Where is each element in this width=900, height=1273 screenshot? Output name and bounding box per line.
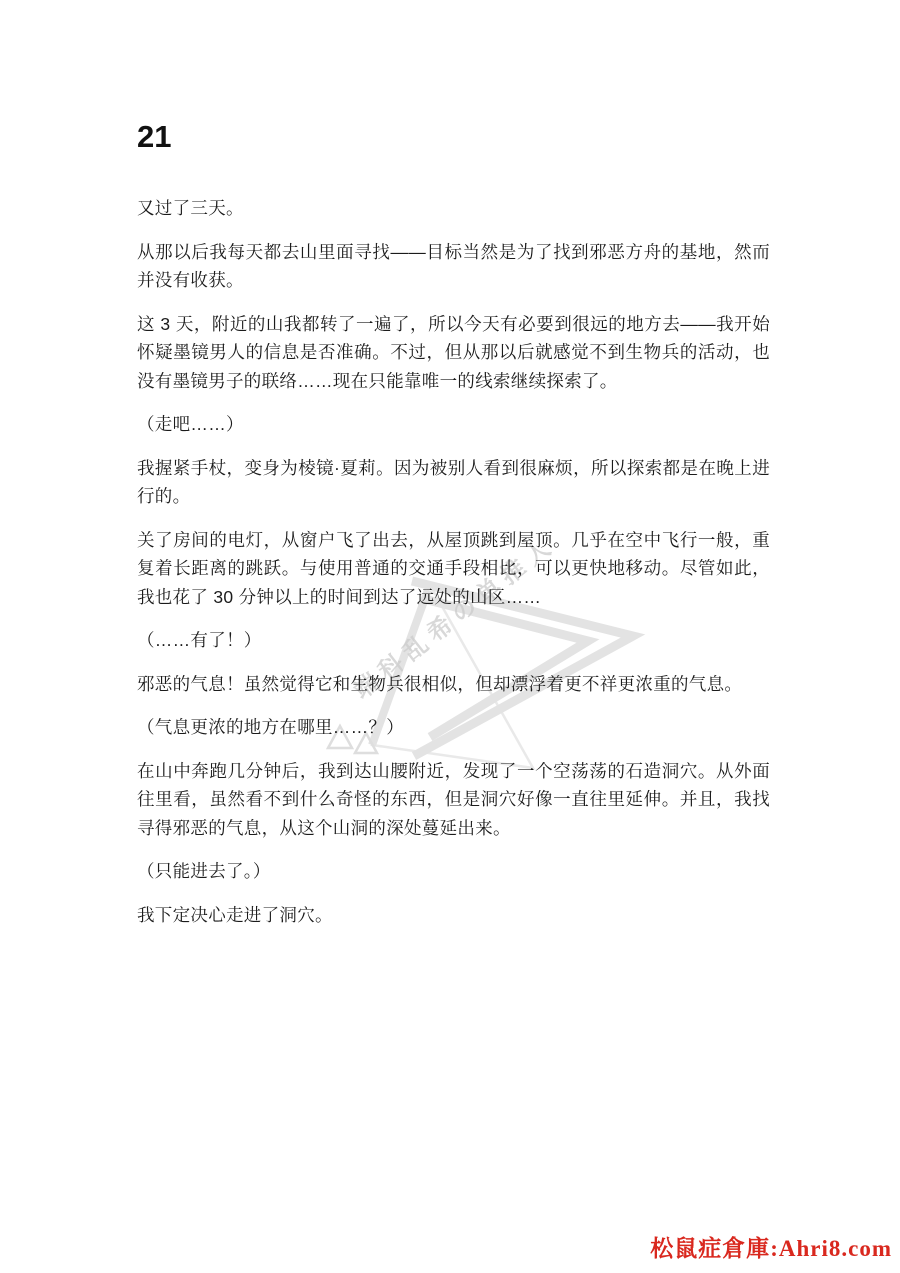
paragraph: 邪恶的气息！虽然觉得它和生物兵很相似，但却漂浮着更不祥更浓重的气息。 bbox=[137, 670, 770, 699]
page-content: 21 又过了三天。从那以后我每天都去山里面寻找——目标当然是为了找到邪恶方舟的基… bbox=[0, 0, 900, 929]
paragraph: 又过了三天。 bbox=[137, 194, 770, 223]
paragraph: （走吧……） bbox=[137, 410, 770, 439]
site-credit: 松鼠症倉庫:Ahri8.com bbox=[650, 1230, 892, 1263]
document-page: 端科乱希の单推人 21 又过了三天。从那以后我每天都去山里面寻找——目标当然是为… bbox=[0, 0, 900, 1273]
paragraph: 这 3 天，附近的山我都转了一遍了，所以今天有必要到很远的地方去——我开始怀疑墨… bbox=[137, 310, 770, 396]
paragraph: （只能进去了。） bbox=[137, 857, 770, 886]
paragraph: 关了房间的电灯，从窗户飞了出去，从屋顶跳到屋顶。几乎在空中飞行一般，重复着长距离… bbox=[137, 526, 770, 612]
paragraph: 在山中奔跑几分钟后，我到达山腰附近，发现了一个空荡荡的石造洞穴。从外面往里看，虽… bbox=[137, 757, 770, 843]
paragraph: （……有了！） bbox=[137, 626, 770, 655]
paragraph: 我下定决心走进了洞穴。 bbox=[137, 901, 770, 930]
chapter-number: 21 bbox=[137, 120, 770, 154]
paragraph: 从那以后我每天都去山里面寻找——目标当然是为了找到邪恶方舟的基地，然而并没有收获… bbox=[137, 238, 770, 295]
paragraph: 我握紧手杖，变身为棱镜·夏莉。因为被别人看到很麻烦，所以探索都是在晚上进行的。 bbox=[137, 454, 770, 511]
paragraphs: 又过了三天。从那以后我每天都去山里面寻找——目标当然是为了找到邪恶方舟的基地，然… bbox=[137, 194, 770, 929]
paragraph: （气息更浓的地方在哪里……？） bbox=[137, 713, 770, 742]
